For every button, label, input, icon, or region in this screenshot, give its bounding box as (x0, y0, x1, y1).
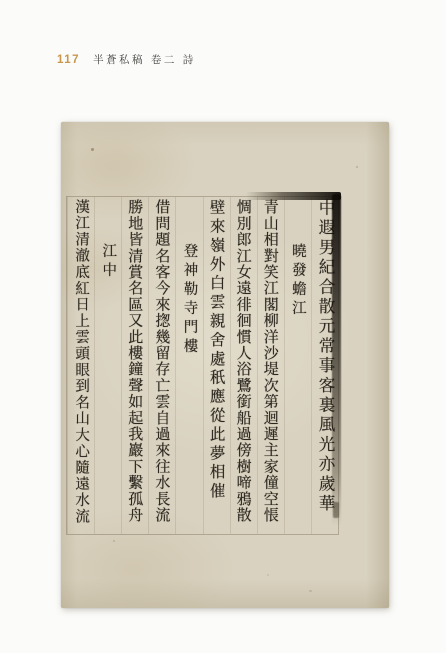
paper-speck (356, 166, 358, 168)
verse-line: 惆別郎江女遠徘徊慣人浴鷺銜船過傍樹啼鴉散 (231, 199, 257, 523)
paper-speck (309, 590, 312, 592)
text-column-5: 壁來嶺外白雲親舍處秖應從此夢相催 (203, 197, 230, 534)
text-column-2: 曉發蟾江 (284, 197, 311, 534)
verse-line: 勝地皆清賞名區又此樓鐘聲如起我巖下繫孤舟 (122, 199, 148, 523)
ink-smudge (333, 502, 339, 518)
page-number: 117 (57, 54, 80, 66)
scanned-page-image: 中遐男紀合散元常事客裏風光亦歲華 曉發蟾江 青山相對笑江閣柳洋沙堤次第迴遲主家僮… (61, 122, 389, 608)
verse-line: 青山相對笑江閣柳洋沙堤次第迴遲主家僮空悵 (258, 199, 284, 523)
text-block: 中遐男紀合散元常事客裏風光亦歲華 曉發蟾江 青山相對笑江閣柳洋沙堤次第迴遲主家僮… (66, 196, 339, 535)
poem-title: 登神勒寺門樓 (176, 243, 202, 357)
text-column-6: 登神勒寺門樓 (175, 197, 202, 534)
text-column-8: 勝地皆清賞名區又此樓鐘聲如起我巖下繫孤舟 (121, 197, 148, 534)
running-header: 117 半蒼私稿 卷二 詩 (57, 52, 196, 67)
text-column-10: 漢江清澈底紅日上雲頭眼到名山大心隨遠水流 (67, 197, 94, 534)
verse-line: 壁來嶺外白雲親舍處秖應從此夢相催 (204, 199, 230, 501)
verse-line: 漢江清澈底紅日上雲頭眼到名山大心隨遠水流 (68, 199, 94, 525)
paper-speck (267, 574, 269, 576)
text-column-7: 借問題名客今來揔幾留存亡雲自過來往水長流 (148, 197, 175, 534)
paper-speck (91, 148, 94, 151)
poem-title: 曉發蟾江 (285, 243, 311, 319)
text-column-9: 江中 (94, 197, 121, 534)
ink-smear-right-border (332, 194, 341, 526)
ink-smear-top-border (246, 192, 341, 200)
text-column-3: 青山相對笑江閣柳洋沙堤次第迴遲主家僮空悵 (257, 197, 284, 534)
book-title-header: 半蒼私稿 卷二 詩 (93, 52, 196, 67)
paper-speck (113, 540, 115, 542)
text-column-4: 惆別郎江女遠徘徊慣人浴鷺銜船過傍樹啼鴉散 (230, 197, 257, 534)
poem-title: 江中 (95, 243, 121, 281)
verse-line: 借問題名客今來揔幾留存亡雲自過來往水長流 (149, 199, 175, 523)
